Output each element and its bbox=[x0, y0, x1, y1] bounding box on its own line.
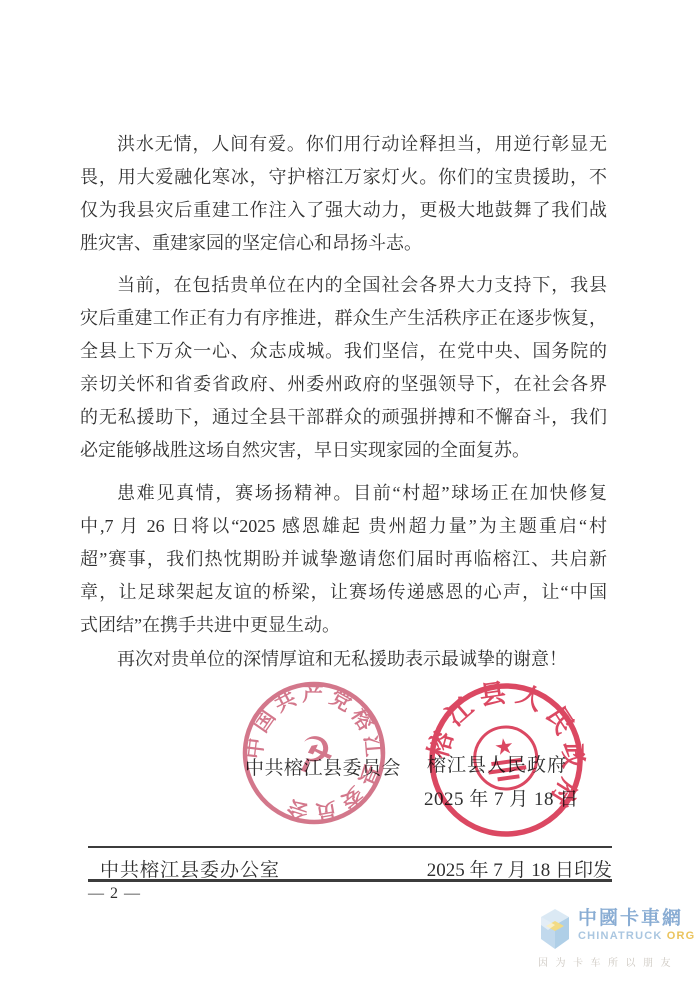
document-page: 洪水无情，人间有爱。你们用行动诠释担当，用逆行彰显无 畏，用大爱融化寒冰，守护榕… bbox=[0, 0, 700, 990]
paragraph-4: 再次对贵单位的深情厚谊和无私援助表示最诚挚的谢意！ bbox=[80, 643, 607, 676]
body-line: 的无私援助下，通过全县干部群众的顽强拼搏和不懈奋斗，我们 bbox=[80, 401, 607, 434]
body-line: 患难见真情，赛场扬精神。目前“村超”球场正在加快修复 bbox=[80, 477, 607, 510]
brand-tagline: 因为卡车所以朋友 bbox=[538, 954, 700, 969]
body-line: 胜灾害、重建家园的坚定信心和昂扬斗志。 bbox=[80, 227, 607, 260]
body-line: 畏，用大爱融化寒冰，守护榕江万家灯火。你们的宝贵援助，不 bbox=[80, 161, 607, 194]
body-line: 亲切关怀和省委省政府、州委州政府的坚强领导下，在社会各界 bbox=[80, 368, 607, 401]
brand-name-chinese: 中國卡車網 bbox=[578, 908, 695, 930]
body-line: 仅为我县灾后重建工作注入了强大动力，更极大地鼓舞了我们战 bbox=[80, 194, 607, 227]
footer-rule-bottom bbox=[88, 879, 612, 882]
body-line: 超”赛事，我们热忱期盼并诚挚邀请您们届时再临榕江、共启新 bbox=[80, 543, 607, 576]
paragraph-3: 患难见真情，赛场扬精神。目前“村超”球场正在加快修复 中,7 月 26 日将以“… bbox=[80, 477, 607, 642]
page-number: — 2 — bbox=[88, 885, 141, 903]
body-line: 当前，在包括贵单位在内的全国社会各界大力支持下，我县 bbox=[80, 269, 607, 302]
letter-body: 洪水无情，人间有爱。你们用行动诠释担当，用逆行彰显无 畏，用大爱融化寒冰，守护榕… bbox=[80, 128, 607, 676]
brand-en-tld: ORG bbox=[667, 930, 696, 942]
chinatruck-watermark: 中國卡車網 CHINATRUCK ORG 因为卡车所以朋友 bbox=[538, 908, 700, 969]
footer-print-date: 2025 年 7 月 18 日印发 bbox=[88, 855, 612, 882]
body-line: 全县上下万众一心、众志成城。我们坚信，在党中央、国务院的 bbox=[80, 335, 607, 368]
body-line: 式团结”在携手共进中更显生动。 bbox=[80, 609, 607, 642]
body-line: 中,7 月 26 日将以“2025 感恩雄起 贵州超力量”为主题重启“村 bbox=[80, 510, 607, 543]
body-line: 必定能够战胜这场自然灾害，早日实现家园的全面复苏。 bbox=[80, 434, 607, 467]
signature-date: 2025 年 7 月 18 日 bbox=[424, 784, 579, 811]
signature-county-government: 榕江县人民政府 bbox=[427, 750, 567, 777]
brand-name-english: CHINATRUCK ORG bbox=[578, 930, 695, 943]
paragraph-1: 洪水无情，人间有爱。你们用行动诠释担当，用逆行彰显无 畏，用大爱融化寒冰，守护榕… bbox=[80, 128, 607, 260]
brand-en-main: CHINATRUCK bbox=[578, 930, 663, 942]
signature-party-committee: 中共榕江县委员会 bbox=[245, 753, 401, 780]
body-line: 再次对贵单位的深情厚谊和无私援助表示最诚挚的谢意！ bbox=[80, 643, 607, 676]
chinatruck-cube-icon bbox=[538, 908, 572, 950]
footer-rule-top bbox=[88, 846, 612, 848]
body-line: 灾后重建工作正有力有序推进，群众生产生活秩序正在逐步恢复， bbox=[80, 302, 607, 335]
body-line: 章，让足球架起友谊的桥梁，让赛场传递感恩的心声，让“中国 bbox=[80, 576, 607, 609]
body-line: 洪水无情，人间有爱。你们用行动诠释担当，用逆行彰显无 bbox=[80, 128, 607, 161]
paragraph-2: 当前，在包括贵单位在内的全国社会各界大力支持下，我县 灾后重建工作正有力有序推进… bbox=[80, 269, 607, 467]
